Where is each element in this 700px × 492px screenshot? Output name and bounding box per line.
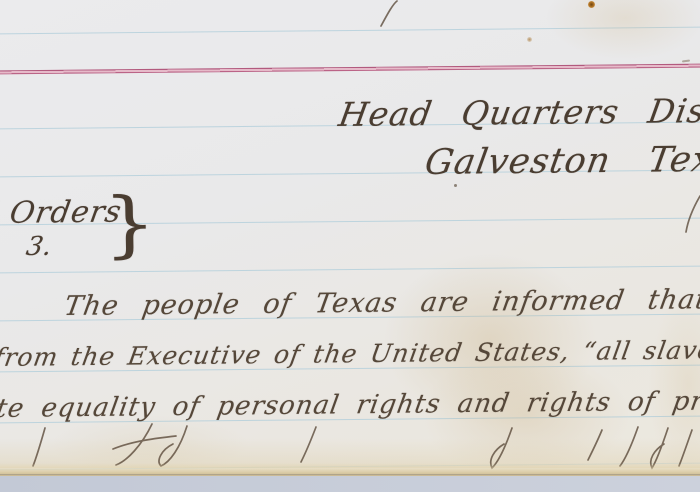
red-header-rule xyxy=(0,64,700,75)
ink-speck xyxy=(588,1,595,8)
paper-stain xyxy=(648,290,700,480)
foxing-speck xyxy=(527,37,532,42)
body-line-3: te equality of personal rights and right… xyxy=(0,386,700,424)
body-line-1: The people of Texas are informed that in xyxy=(62,284,700,322)
document-photo: Head Quarters District Galveston Texas l… xyxy=(0,0,700,492)
ruled-line xyxy=(0,266,700,274)
heading-headquarters: Head Quarters District xyxy=(336,90,700,134)
paper-stain xyxy=(545,0,700,60)
ink-speck xyxy=(454,184,457,187)
page-edge-shadow xyxy=(0,474,700,475)
heading-galveston: Galveston Texas xyxy=(422,139,700,183)
orders-brace: } xyxy=(103,181,157,266)
pen-mark xyxy=(682,59,690,62)
ruled-line xyxy=(0,27,700,35)
photo-backdrop xyxy=(0,476,700,492)
order-number: 3. xyxy=(24,232,54,262)
